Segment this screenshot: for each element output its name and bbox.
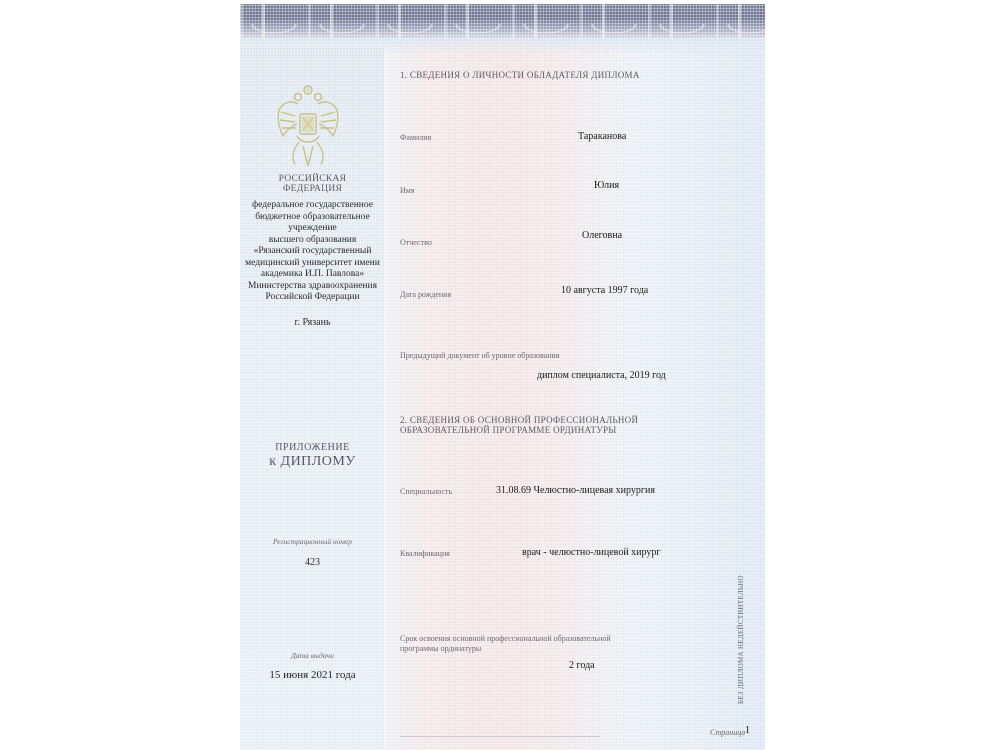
patronymic-value: Олеговна [582, 230, 622, 241]
org-line: академика И.П. Павлова» [240, 269, 385, 281]
specialty-value: 31.08.69 Челюстно-лицевая хирургия [496, 485, 655, 496]
country-name: РОССИЙСКАЯ ФЕДЕРАЦИЯ [240, 174, 385, 194]
appendix-title-line-1: ПРИЛОЖЕНИЕ [240, 442, 385, 453]
org-line: федеральное государственное [240, 200, 385, 212]
diploma-appendix-page: РОССИЙСКАЯ ФЕДЕРАЦИЯ федеральное государ… [240, 4, 765, 750]
name-value: Юлия [594, 180, 619, 191]
page-number: 1 [745, 725, 750, 736]
duration-value: 2 года [569, 660, 595, 671]
qualification-value: врач - челюстно-лицевой хирург [522, 547, 661, 558]
patronymic-label: Отчество [400, 238, 432, 247]
org-line: медицинский университет имени [240, 258, 385, 270]
org-line: бюджетное образовательное [240, 212, 385, 224]
org-line: Российской Федерации [240, 292, 385, 304]
section2-heading-line-1: 2. СВЕДЕНИЯ ОБ ОСНОВНОЙ ПРОФЕССИОНАЛЬНОЙ [400, 415, 638, 425]
prev-document-label: Предыдущий документ об уровне образовани… [400, 351, 559, 360]
org-line: Министерства здравоохранения [240, 281, 385, 293]
org-line: учреждение [240, 223, 385, 235]
organization-name: федеральное государственное бюджетное об… [240, 200, 385, 304]
issue-date: 15 июня 2021 года [240, 669, 385, 681]
appendix-title-line-2: к ДИПЛОМУ [240, 454, 385, 470]
coat-of-arms-icon [273, 82, 343, 172]
country-line-2: ФЕДЕРАЦИЯ [240, 184, 385, 194]
section2-heading-line-2: ОБРАЗОВАТЕЛЬНОЙ ПРОГРАММЕ ОРДИНАТУРЫ [400, 425, 638, 435]
surname-label: Фамилия [400, 133, 431, 142]
surname-value: Тараканова [578, 131, 626, 142]
duration-label-line-1: Срок освоения основной профессиональной … [400, 634, 611, 644]
birthdate-label: Дата рождения [400, 290, 451, 299]
bottom-rule [400, 736, 600, 737]
org-line: высшего образования [240, 235, 385, 247]
specialty-label: Специальность [400, 487, 452, 496]
section2-heading: 2. СВЕДЕНИЯ ОБ ОСНОВНОЙ ПРОФЕССИОНАЛЬНОЙ… [400, 415, 638, 435]
name-label: Имя [400, 186, 415, 195]
prev-document-value: диплом специалиста, 2019 год [537, 370, 666, 381]
city: г. Рязань [240, 317, 385, 328]
duration-label-line-2: программы ординатуры [400, 644, 611, 654]
registration-number: 423 [240, 557, 385, 568]
birthdate-value: 10 августа 1997 года [561, 285, 648, 296]
page-label: Страница [710, 728, 745, 737]
country-line-1: РОССИЙСКАЯ [240, 174, 385, 184]
registration-label: Регистрационный номер [240, 537, 385, 546]
panel-divider [385, 48, 386, 750]
validity-note: БЕЗ ДИПЛОМА НЕДЕЙСТВИТЕЛЬНО [737, 575, 745, 704]
duration-label: Срок освоения основной профессиональной … [400, 634, 611, 654]
org-line: «Рязанский государственный [240, 246, 385, 258]
qualification-label: Квалификация [400, 549, 450, 558]
issue-date-label: Дата выдачи [240, 651, 385, 660]
section1-heading: 1. СВЕДЕНИЯ О ЛИЧНОСТИ ОБЛАДАТЕЛЯ ДИПЛОМ… [400, 70, 640, 80]
